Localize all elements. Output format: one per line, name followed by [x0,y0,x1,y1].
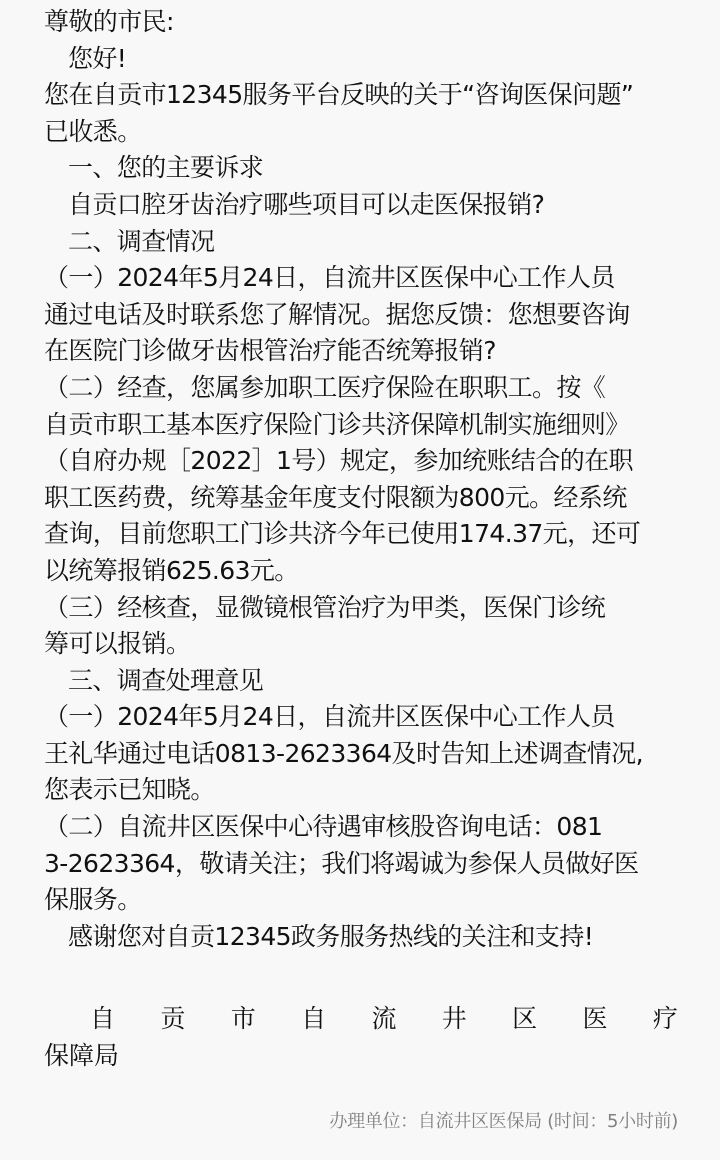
paragraph-line: 通过电话及时联系您了解情况。据您反馈：您想要咨询 [44,297,678,334]
paragraph-line: 您表示已知晓。 [44,772,678,809]
paragraph-line: （二）经查，您属参加职工医疗保险在职职工。按《 [44,370,678,407]
paragraph-line: 筹可以报销。 [44,626,678,663]
paragraph-line: 王礼华通过电话0813-2623364及时告知上述调查情况, [44,736,678,773]
paragraph-line: 在医院门诊做牙齿根管治疗能否统筹报销? [44,333,678,370]
paragraph-line: （一）2024年5月24日，自流井区医保中心工作人员 [44,260,678,297]
signature-char: 贡 [160,1001,185,1038]
signature-line-1: 自 贡 市 自 流 井 区 医 疗 [44,1001,678,1038]
paragraph-line: （自府办规［2022］1号）规定，参加统账结合的在职 [44,443,678,480]
paragraph-line: 以统筹报销625.63元。 [44,553,678,590]
signature-char: 市 [231,1001,256,1038]
signature-char: 区 [512,1001,537,1038]
signature-char: 流 [371,1001,396,1038]
paragraph-line: 职工医药费，统筹基金年度支付限额为800元。经系统 [44,480,678,517]
signature-char: 自 [301,1001,326,1038]
paragraph-line: （二）自流井区医保中心待遇审核股咨询电话：081 [44,809,678,846]
intro-line: 已收悉。 [44,114,678,151]
section-title: 一、您的主要诉求 [44,150,678,187]
paragraph-line: （三）经核查，显微镜根管治疗为甲类，医保门诊统 [44,590,678,627]
signature-char: 自 [90,1001,115,1038]
intro-line: 您在自贡市12345服务平台反映的关于“咨询医保问题” [44,77,678,114]
signature-char: 医 [583,1001,608,1038]
paragraph-line: 保服务。 [44,882,678,919]
section-title: 三、调查处理意见 [44,663,678,700]
handling-unit-info: 办理单位：自流井区医保局 (时间：5小时前) [329,1107,678,1133]
signature-line-2: 保障局 [44,1038,678,1075]
signature-char: 井 [442,1001,467,1038]
paragraph-line: 3-2623364，敬请关注；我们将竭诚为参保人员做好医 [44,846,678,883]
paragraph-line: 自贡市职工基本医疗保险门诊共济保障机制实施细则》 [44,407,678,444]
paragraph-line: （一）2024年5月24日，自流井区医保中心工作人员 [44,699,678,736]
paragraph-line: 查询，目前您职工门诊共济今年已使用174.37元，还可 [44,516,678,553]
hello: 您好! [44,41,678,78]
thanks-line: 感谢您对自贡12345政务服务热线的关注和支持! [44,919,678,956]
section-body: 自贡口腔牙齿治疗哪些项目可以走医保报销? [44,187,678,224]
greeting: 尊敬的市民: [44,4,678,41]
signature-char: 疗 [653,1001,678,1038]
reply-content: 尊敬的市民: 您好! 您在自贡市12345服务平台反映的关于“咨询医保问题” 已… [44,4,678,955]
section-title: 二、调查情况 [44,224,678,261]
signature: 自 贡 市 自 流 井 区 医 疗 保障局 [44,1001,678,1074]
